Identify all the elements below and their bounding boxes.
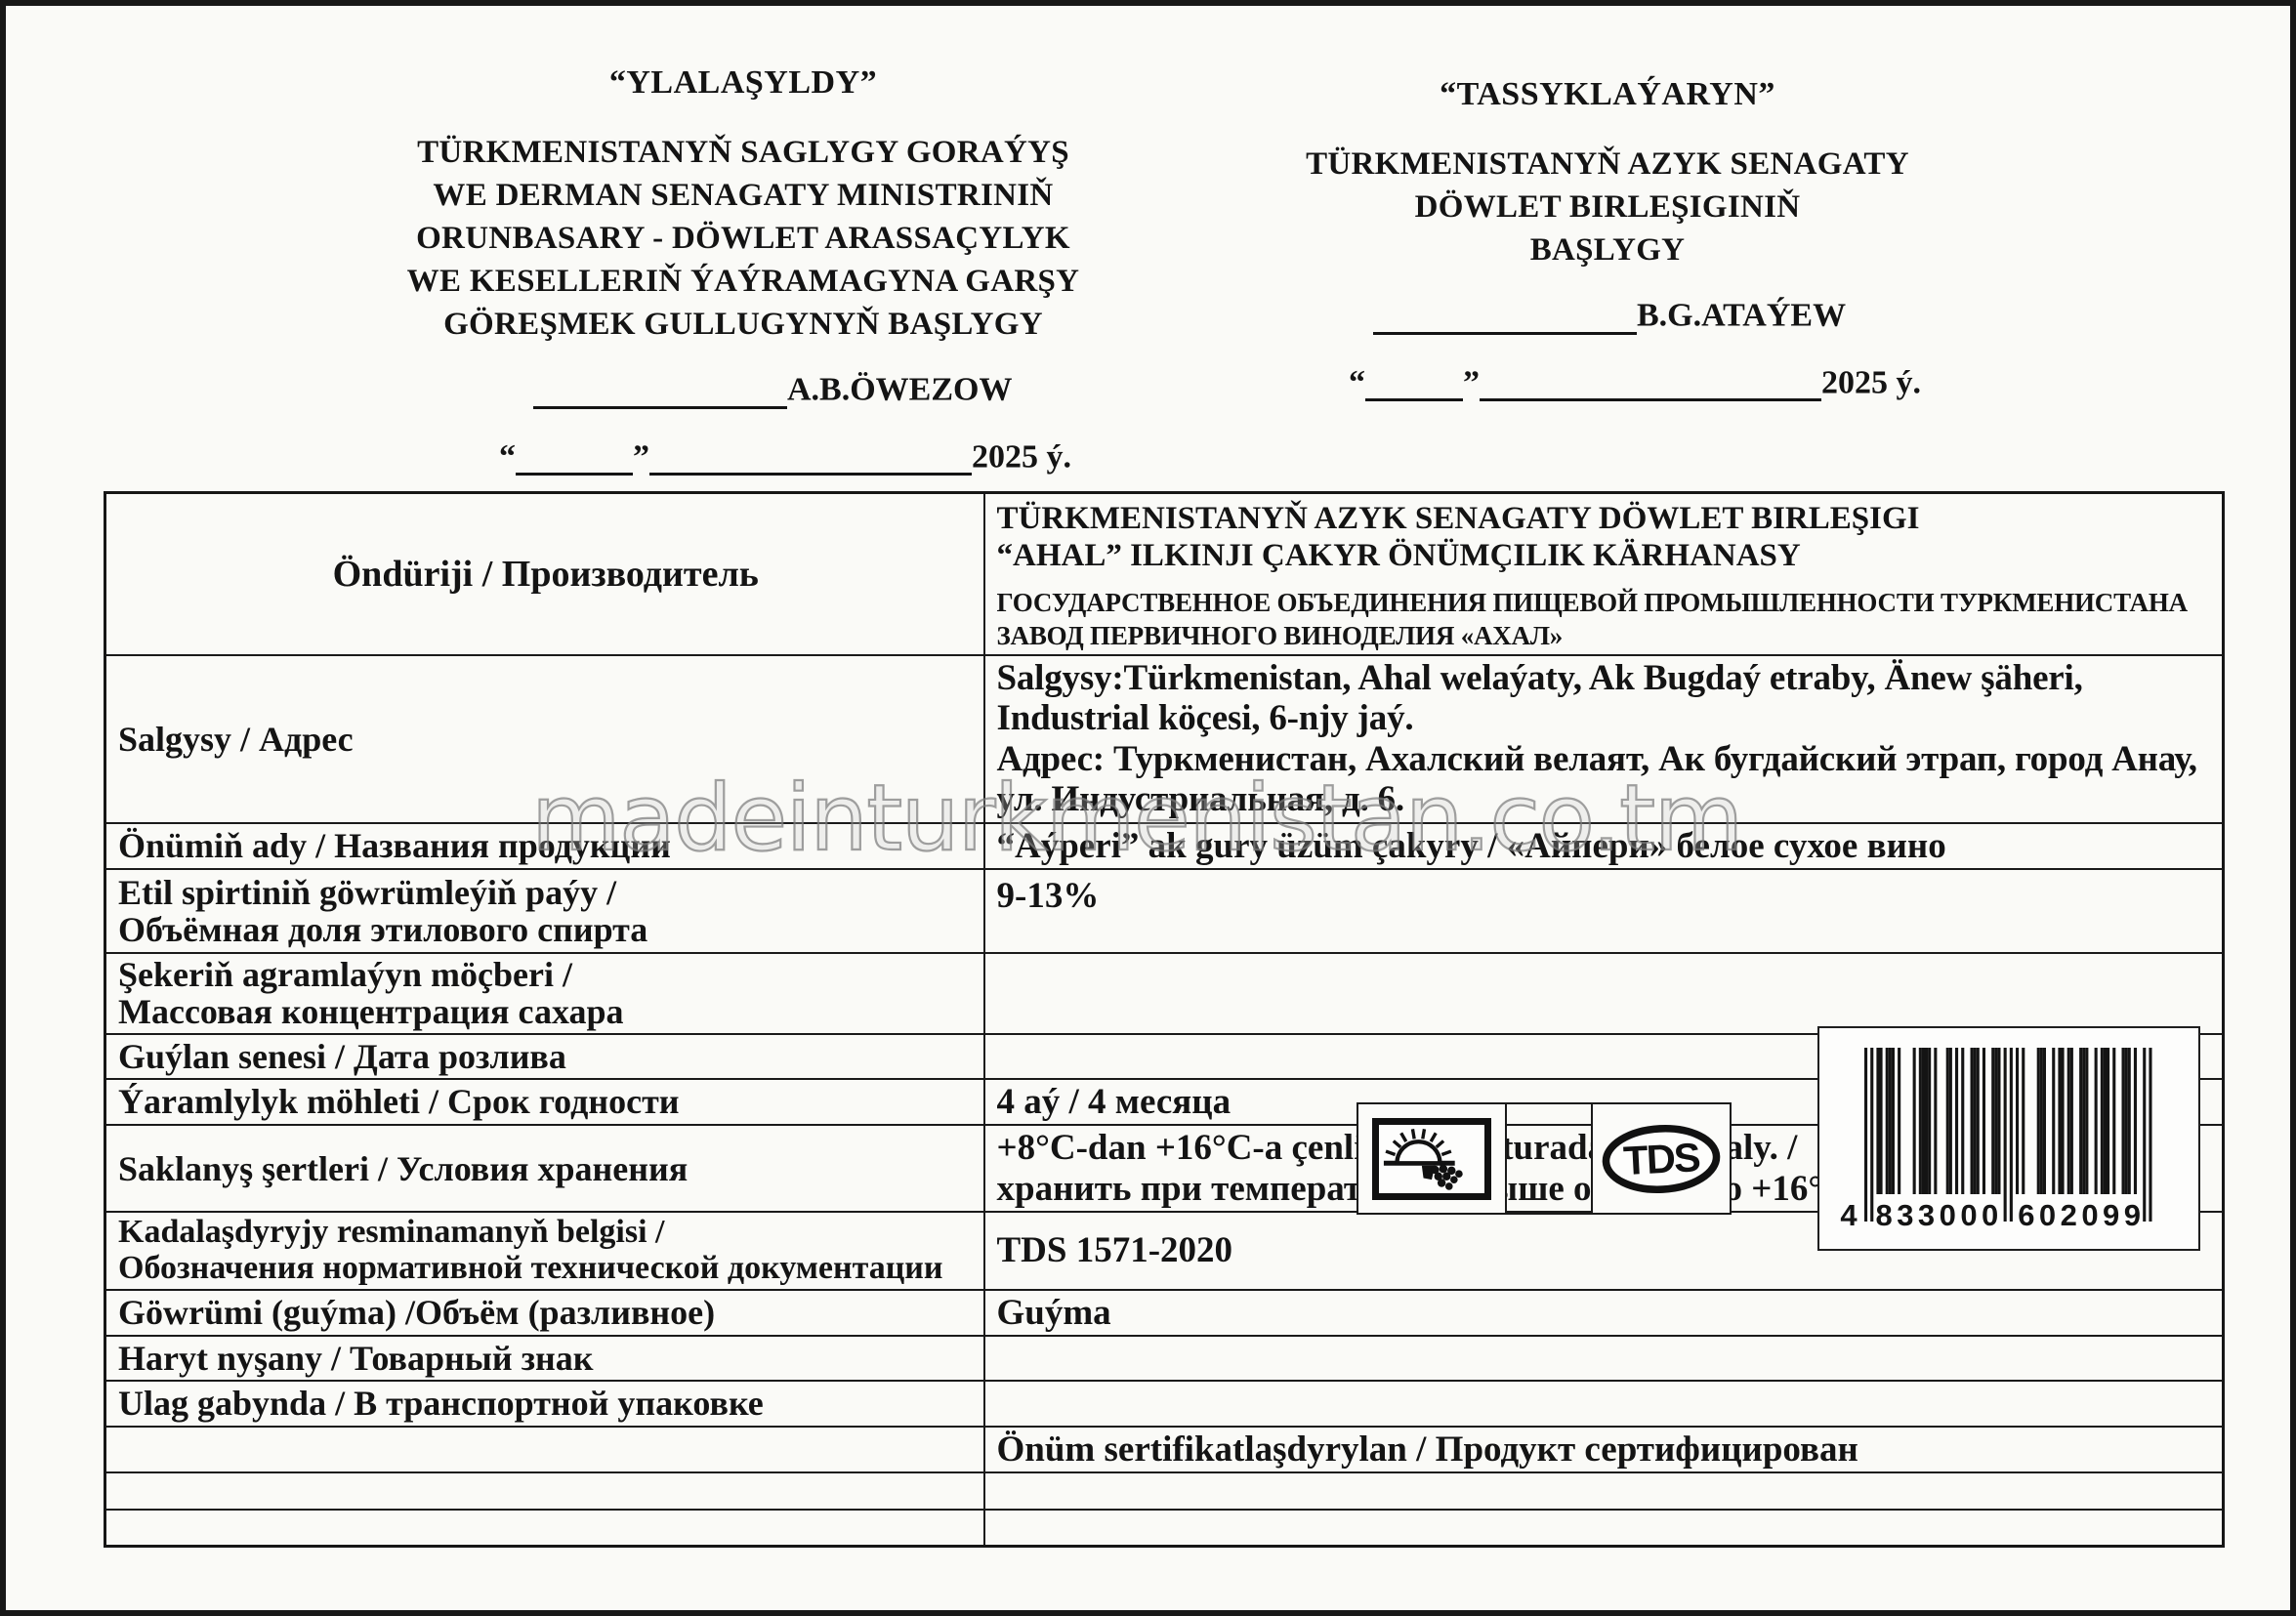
signer-name-left: A.B.ÖWEZOW [787,372,1012,408]
row-trademark: Haryt nyşany / Товарный знак [105,1336,2224,1381]
svg-text:2: 2 [2061,1198,2077,1232]
row-empty-2 [105,1510,2224,1546]
sun-grapes-frame [1372,1118,1491,1200]
year-left: 2025 ý. [972,438,1071,475]
value-volume: Guýma [984,1290,2224,1336]
svg-text:TDS: TDS [1622,1134,1701,1183]
tds-icon: TDS [1597,1118,1726,1200]
producer-russian: ГОСУДАРСТВЕННОЕ ОБЪЕДИНЕНИЯ ПИЩЕВОЙ ПРОМ… [997,586,2213,652]
label-normative-doc: Kadalaşdyryjy resminamanyň belgisi / Обо… [105,1212,984,1289]
approval-body-right: TÜRKMENISTANYŇ AZYK SENAGATY DÖWLET BIRL… [1246,143,1969,271]
barcode-label: 4833000602099 [1817,1026,2200,1251]
row-volume: Göwrümi (guýma) /Объём (разливное) Guýma [105,1290,2224,1336]
approval-body-left: TÜRKMENISTANYŇ SAGLYGY GORAÝYŞ WE DERMAN… [328,131,1158,346]
signature-line-left: A.B.ÖWEZOW [328,371,1158,409]
empty-cell [105,1472,984,1510]
open-quote-left: “ [499,438,516,475]
svg-text:3: 3 [1918,1198,1935,1232]
label-certified-empty [105,1427,984,1472]
approval-block-right: “TASSYKLAÝARYN” TÜRKMENISTANYŇ AZYK SENA… [1246,76,1969,401]
svg-text:8: 8 [1876,1198,1893,1232]
row-sugar: Şekeriň agramlaýyn möçberi / Массовая ко… [105,953,2224,1033]
logo-strip-gap [1507,1104,1591,1213]
logo-strip: TDS [1357,1102,1732,1215]
value-address: Salgysy:Türkmenistan, Ahal welaýaty, Ak … [984,655,2224,823]
empty-cell [984,1472,2224,1510]
label-product-name: Önümiň ady / Названия продукции [105,823,984,869]
svg-text:9: 9 [2103,1198,2119,1232]
label-sugar: Şekeriň agramlaýyn möçberi / Массовая ко… [105,953,984,1033]
label-bottling-date: Guýlan senesi / Дата розлива [105,1034,984,1079]
close-quote-left: ” [633,438,649,475]
svg-text:0: 0 [1940,1198,1956,1232]
open-quote-right: “ [1349,364,1365,400]
year-right: 2025 ý. [1821,364,1921,400]
row-address: Salgysy / Адрес Salgysy:Türkmenistan, Ah… [105,655,2224,823]
producer-turkmen: TÜRKMENISTANYŇ AZYK SENAGATY DÖWLET BIRL… [997,500,2213,574]
date-line-right: “”2025 ý. [1246,364,1969,402]
date-line-left: “”2025 ý. [328,438,1158,477]
barcode-icon: 4833000602099 [1819,1028,2198,1249]
signature-blank-left [533,371,787,409]
tds-logo-cell: TDS [1591,1104,1732,1213]
svg-text:9: 9 [2124,1198,2141,1232]
value-sugar [984,953,2224,1033]
label-alcohol: Etil spirtiniň göwrümleýiň paýy / Объёмн… [105,869,984,953]
empty-cell [105,1510,984,1546]
scanned-document-page: “YLALAŞYLDY” TÜRKMENISTANYŇ SAGLYGY GORA… [0,0,2296,1616]
month-blank-right [1480,364,1821,402]
signature-line-right: B.G.ATAÝEW [1246,297,1969,335]
month-blank-left [649,438,972,477]
svg-text:6: 6 [2018,1198,2034,1232]
label-storage: Saklanyş şertleri / Условия хранения [105,1125,984,1212]
row-certified: Önüm sertifikatlaşdyrylan / Продукт серт… [105,1427,2224,1472]
row-transport-packaging: Ulag gabynda / В транспортной упаковке [105,1381,2224,1426]
close-quote-right: ” [1463,364,1480,400]
row-empty-1 [105,1472,2224,1510]
svg-text:4: 4 [1840,1198,1858,1232]
value-alcohol: 9-13% [984,869,2224,953]
approval-block-left: “YLALAŞYLDY” TÜRKMENISTANYŇ SAGLYGY GORA… [328,64,1158,476]
svg-text:0: 0 [2039,1198,2056,1232]
empty-cell [984,1510,2224,1546]
value-product-name: “Aýperi” ak gury üzüm çakyry / «Айпери» … [984,823,2224,869]
value-transport-packaging [984,1381,2224,1426]
label-shelf-life: Ýaramlylyk möhleti / Срок годности [105,1079,984,1125]
label-transport-packaging: Ulag gabynda / В транспортной упаковке [105,1381,984,1426]
signer-name-right: B.G.ATAÝEW [1637,298,1846,334]
day-blank-right [1365,364,1463,402]
value-trademark [984,1336,2224,1381]
label-address: Salgysy / Адрес [105,655,984,823]
row-product-name: Önümiň ady / Названия продукции “Aýperi”… [105,823,2224,869]
svg-text:0: 0 [1982,1198,1998,1232]
svg-text:0: 0 [2081,1198,2098,1232]
label-volume: Göwrümi (guýma) /Объём (разливное) [105,1290,984,1336]
label-producer: Öndüriji / Производитель [105,493,984,656]
product-info-table: Öndüriji / Производитель TÜRKMENISTANYŇ … [104,491,2225,1548]
row-producer: Öndüriji / Производитель TÜRKMENISTANYŇ … [105,493,2224,656]
signature-blank-right [1373,297,1637,335]
label-trademark: Haryt nyşany / Товарный знак [105,1336,984,1381]
day-blank-left [516,438,633,477]
trademark-logo-cell [1357,1104,1507,1213]
svg-text:3: 3 [1897,1198,1913,1232]
value-producer: TÜRKMENISTANYŇ AZYK SENAGATY DÖWLET BIRL… [984,493,2224,656]
approval-status-left: “YLALAŞYLDY” [328,64,1158,102]
value-certified: Önüm sertifikatlaşdyrylan / Продукт серт… [984,1427,2224,1472]
svg-text:0: 0 [1960,1198,1977,1232]
sun-grapes-icon [1381,1127,1482,1191]
row-alcohol: Etil spirtiniň göwrümleýiň paýy / Объёмн… [105,869,2224,953]
approval-status-right: “TASSYKLAÝARYN” [1246,76,1969,113]
